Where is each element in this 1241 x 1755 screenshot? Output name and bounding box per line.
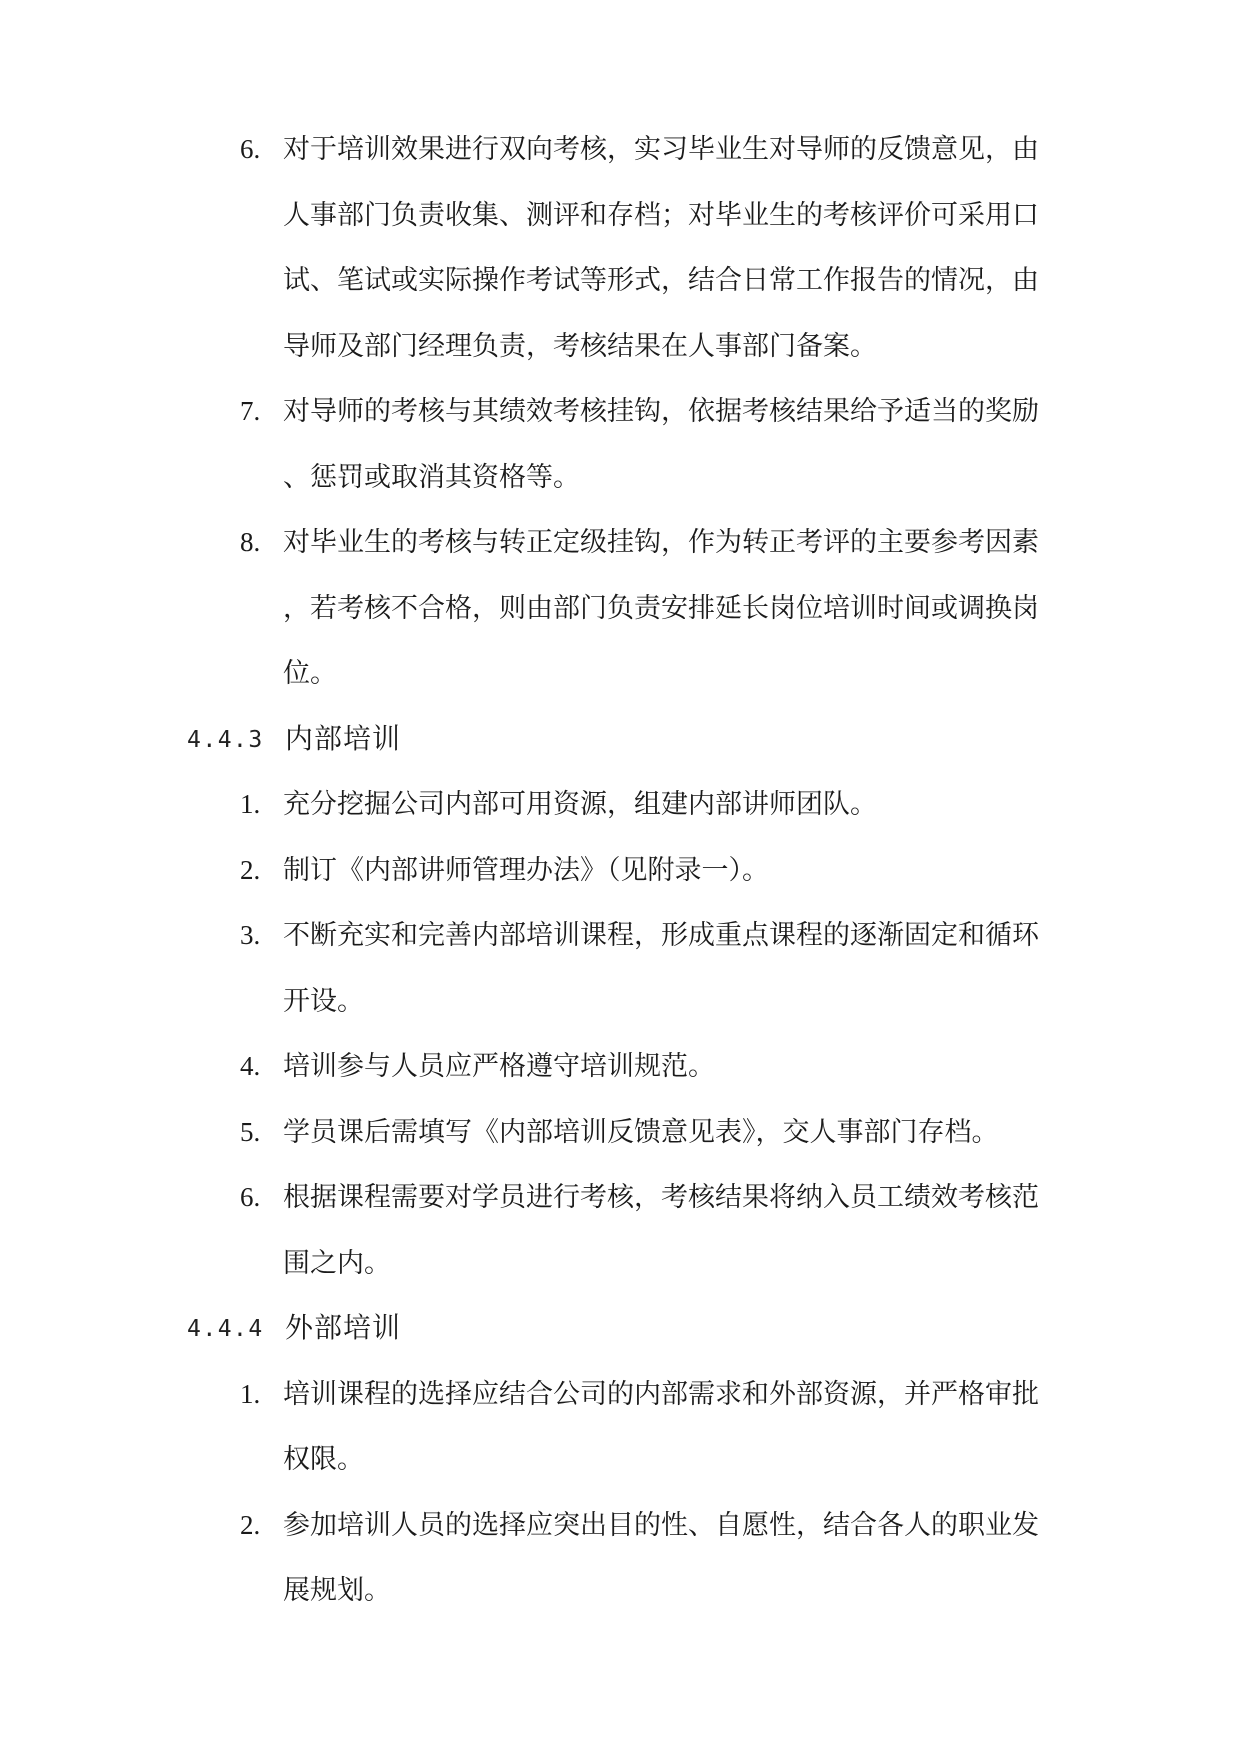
list-item-continuation-line: 围之内。 (0, 1231, 1241, 1297)
list-item-text: 、惩罚或取消其资格等。 (283, 462, 580, 492)
list-item-number: 3. (240, 903, 260, 969)
section-number: 4.4.3 (187, 708, 264, 774)
list-item-text: 位。 (283, 658, 337, 688)
list-item-text: 充分挖掘公司内部可用资源，组建内部讲师团队。 (283, 789, 877, 819)
list-item-text: 制订《内部讲师管理办法》（见附录一）。 (283, 855, 769, 885)
list-item-text: 不断充实和完善内部培训课程，形成重点课程的逐渐固定和循环 (283, 920, 1039, 950)
list-item-line: 1.培训课程的选择应结合公司的内部需求和外部资源，并严格审批 (0, 1362, 1241, 1428)
list-item-continuation-line: 开设。 (0, 969, 1241, 1035)
section-title: 外部培训 (285, 1313, 401, 1344)
list-item-text: 开设。 (283, 986, 364, 1016)
document-content: 6.对于培训效果进行双向考核，实习毕业生对导师的反馈意见，由人事部门负责收集、测… (0, 0, 1241, 1624)
section-heading: 4.4.4外部培训 (0, 1296, 1241, 1362)
list-item-line: 8.对毕业生的考核与转正定级挂钩，作为转正考评的主要参考因素 (0, 510, 1241, 576)
list-item-continuation-line: 权限。 (0, 1427, 1241, 1493)
list-item-continuation-line: 展规划。 (0, 1558, 1241, 1624)
list-item-line: 2.参加培训人员的选择应突出目的性、自愿性，结合各人的职业发 (0, 1493, 1241, 1559)
list-item-continuation-line: 导师及部门经理负责，考核结果在人事部门备案。 (0, 314, 1241, 380)
list-item-text: 展规划。 (283, 1575, 391, 1605)
list-item-continuation-line: ，若考核不合格，则由部门负责安排延长岗位培训时间或调换岗 (0, 576, 1241, 642)
list-item-text: 对毕业生的考核与转正定级挂钩，作为转正考评的主要参考因素 (283, 527, 1039, 557)
list-item-number: 6. (240, 117, 260, 183)
section-heading: 4.4.3内部培训 (0, 707, 1241, 773)
list-item-text: 人事部门负责收集、测评和存档；对毕业生的考核评价可采用口 (283, 200, 1039, 230)
document-body: { "page": { "background_color": "#ffffff… (0, 0, 1241, 1755)
list-item-continuation-line: 人事部门负责收集、测评和存档；对毕业生的考核评价可采用口 (0, 183, 1241, 249)
list-item-text: 对于培训效果进行双向考核，实习毕业生对导师的反馈意见，由 (283, 134, 1039, 164)
list-item-text: 根据课程需要对学员进行考核，考核结果将纳入员工绩效考核范 (283, 1182, 1039, 1212)
section-title: 内部培训 (285, 724, 401, 755)
list-item-line: 4.培训参与人员应严格遵守培训规范。 (0, 1034, 1241, 1100)
list-item-continuation-line: 试、笔试或实际操作考试等形式，结合日常工作报告的情况，由 (0, 248, 1241, 314)
list-item-text: 试、笔试或实际操作考试等形式，结合日常工作报告的情况，由 (283, 265, 1039, 295)
list-item-text: 学员课后需填写《内部培训反馈意见表》，交人事部门存档。 (283, 1117, 999, 1147)
list-item-line: 1.充分挖掘公司内部可用资源，组建内部讲师团队。 (0, 772, 1241, 838)
list-item-line: 7.对导师的考核与其绩效考核挂钩，依据考核结果给予适当的奖励 (0, 379, 1241, 445)
list-item-line: 3.不断充实和完善内部培训课程，形成重点课程的逐渐固定和循环 (0, 903, 1241, 969)
list-item-number: 2. (240, 838, 260, 904)
list-item-number: 6. (240, 1165, 260, 1231)
list-item-text: 参加培训人员的选择应突出目的性、自愿性，结合各人的职业发 (283, 1510, 1039, 1540)
list-item-continuation-line: 位。 (0, 641, 1241, 707)
list-item-number: 1. (240, 1362, 260, 1428)
document-page: 6.对于培训效果进行双向考核，实习毕业生对导师的反馈意见，由人事部门负责收集、测… (0, 0, 1241, 1755)
list-item-number: 4. (240, 1034, 260, 1100)
list-item-text: 培训参与人员应严格遵守培训规范。 (283, 1051, 715, 1081)
list-item-number: 2. (240, 1493, 260, 1559)
list-item-number: 5. (240, 1100, 260, 1166)
list-item-line: 2.制订《内部讲师管理办法》（见附录一）。 (0, 838, 1241, 904)
list-item-line: 5.学员课后需填写《内部培训反馈意见表》，交人事部门存档。 (0, 1100, 1241, 1166)
list-item-number: 1. (240, 772, 260, 838)
list-item-number: 8. (240, 510, 260, 576)
list-item-number: 7. (240, 379, 260, 445)
section-number: 4.4.4 (187, 1297, 264, 1363)
list-item-text: 围之内。 (283, 1248, 391, 1278)
list-item-text: 对导师的考核与其绩效考核挂钩，依据考核结果给予适当的奖励 (283, 396, 1039, 426)
list-item-text: 导师及部门经理负责，考核结果在人事部门备案。 (283, 331, 877, 361)
list-item-continuation-line: 、惩罚或取消其资格等。 (0, 445, 1241, 511)
list-item-text: 权限。 (283, 1444, 364, 1474)
list-item-line: 6.根据课程需要对学员进行考核，考核结果将纳入员工绩效考核范 (0, 1165, 1241, 1231)
list-item-text: 培训课程的选择应结合公司的内部需求和外部资源，并严格审批 (283, 1379, 1039, 1409)
list-item-text: ，若考核不合格，则由部门负责安排延长岗位培训时间或调换岗 (283, 593, 1039, 623)
list-item-line: 6.对于培训效果进行双向考核，实习毕业生对导师的反馈意见，由 (0, 117, 1241, 183)
